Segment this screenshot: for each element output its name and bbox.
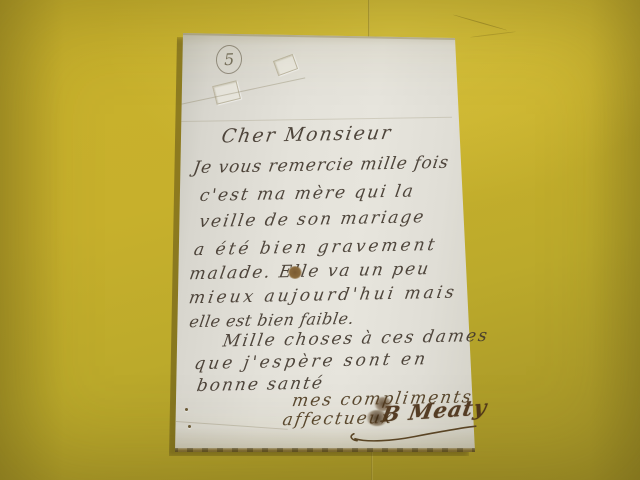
handwriting-line: a été bien gravement xyxy=(192,235,438,260)
handwriting-line: malade. Elle va un peu xyxy=(188,259,432,284)
signature-flourish xyxy=(347,423,479,444)
handwriting-line: elle est bien faible. xyxy=(188,309,356,332)
handwriting-line: mieux aujourd'hui mais xyxy=(187,283,458,309)
handwriting-line: que j'espère sont en xyxy=(193,349,430,374)
photo-of-letter: 5 Cher Monsieur Je vous remercie mille f… xyxy=(0,0,640,480)
handwriting-line: Cher Monsieur xyxy=(220,122,394,148)
handwriting-line: veille de son mariage xyxy=(198,207,427,232)
handwriting-line: Mille choses à ces dames xyxy=(221,326,490,352)
handwriting-line: c'est ma mère qui la xyxy=(198,181,416,206)
handwriting-line: Je vous remercie mille fois xyxy=(192,153,451,178)
handwritten-text: Cher Monsieur Je vous remercie mille foi… xyxy=(0,0,640,480)
